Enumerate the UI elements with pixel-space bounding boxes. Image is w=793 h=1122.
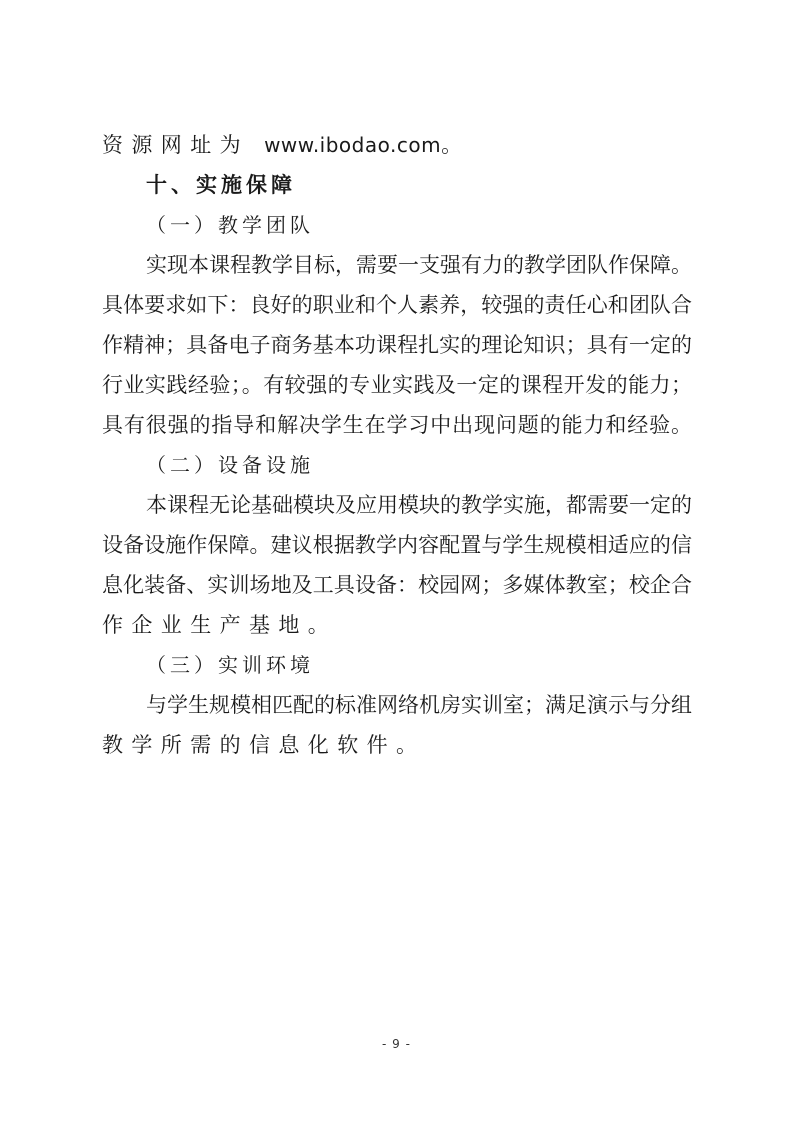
resource-url-link[interactable]: www.ibodao.com <box>264 133 441 157</box>
resource-url-suffix: 。 <box>441 133 470 157</box>
resource-url-prefix: 资源网址为 <box>102 133 264 157</box>
paragraph-line: 设备设施作保障。建议根据教学内容配置与学生规模相适应的信 <box>102 525 692 565</box>
resource-url-line: 资源网址为 www.ibodao.com。 <box>102 125 692 165</box>
subsection-title-equipment: （二）设备设施 <box>102 445 692 485</box>
section-title: 十、实施保障 <box>102 165 692 205</box>
paragraph-line: 本课程无论基础模块及应用模块的教学实施，都需要一定的 <box>102 485 692 525</box>
paragraph-line: 作精神；具备电子商务基本功课程扎实的理论知识；具有一定的 <box>102 325 692 365</box>
paragraph-line: 教学所需的信息化软件。 <box>102 725 692 765</box>
paragraph-line: 息化装备、实训场地及工具设备：校园网；多媒体教室；校企合 <box>102 565 692 605</box>
paragraph-line: 行业实践经验；。有较强的专业实践及一定的课程开发的能力； <box>102 365 692 405</box>
subsection-title-teaching-team: （一）教学团队 <box>102 205 692 245</box>
document-page: 资源网址为 www.ibodao.com。 十、实施保障 （一）教学团队 实现本… <box>102 125 692 765</box>
paragraph-line: 作企业生产基地。 <box>102 605 692 645</box>
paragraph-line: 具有很强的指导和解决学生在学习中出现问题的能力和经验。 <box>102 405 692 445</box>
subsection-title-training-environment: （三）实训环境 <box>102 645 692 685</box>
paragraph-line: 与学生规模相匹配的标准网络机房实训室；满足演示与分组 <box>102 685 692 725</box>
paragraph-line: 实现本课程教学目标，需要一支强有力的教学团队作保障。 <box>102 245 692 285</box>
page-number: - 9 - <box>0 1037 793 1051</box>
paragraph-line: 具体要求如下：良好的职业和个人素养，较强的责任心和团队合 <box>102 285 692 325</box>
